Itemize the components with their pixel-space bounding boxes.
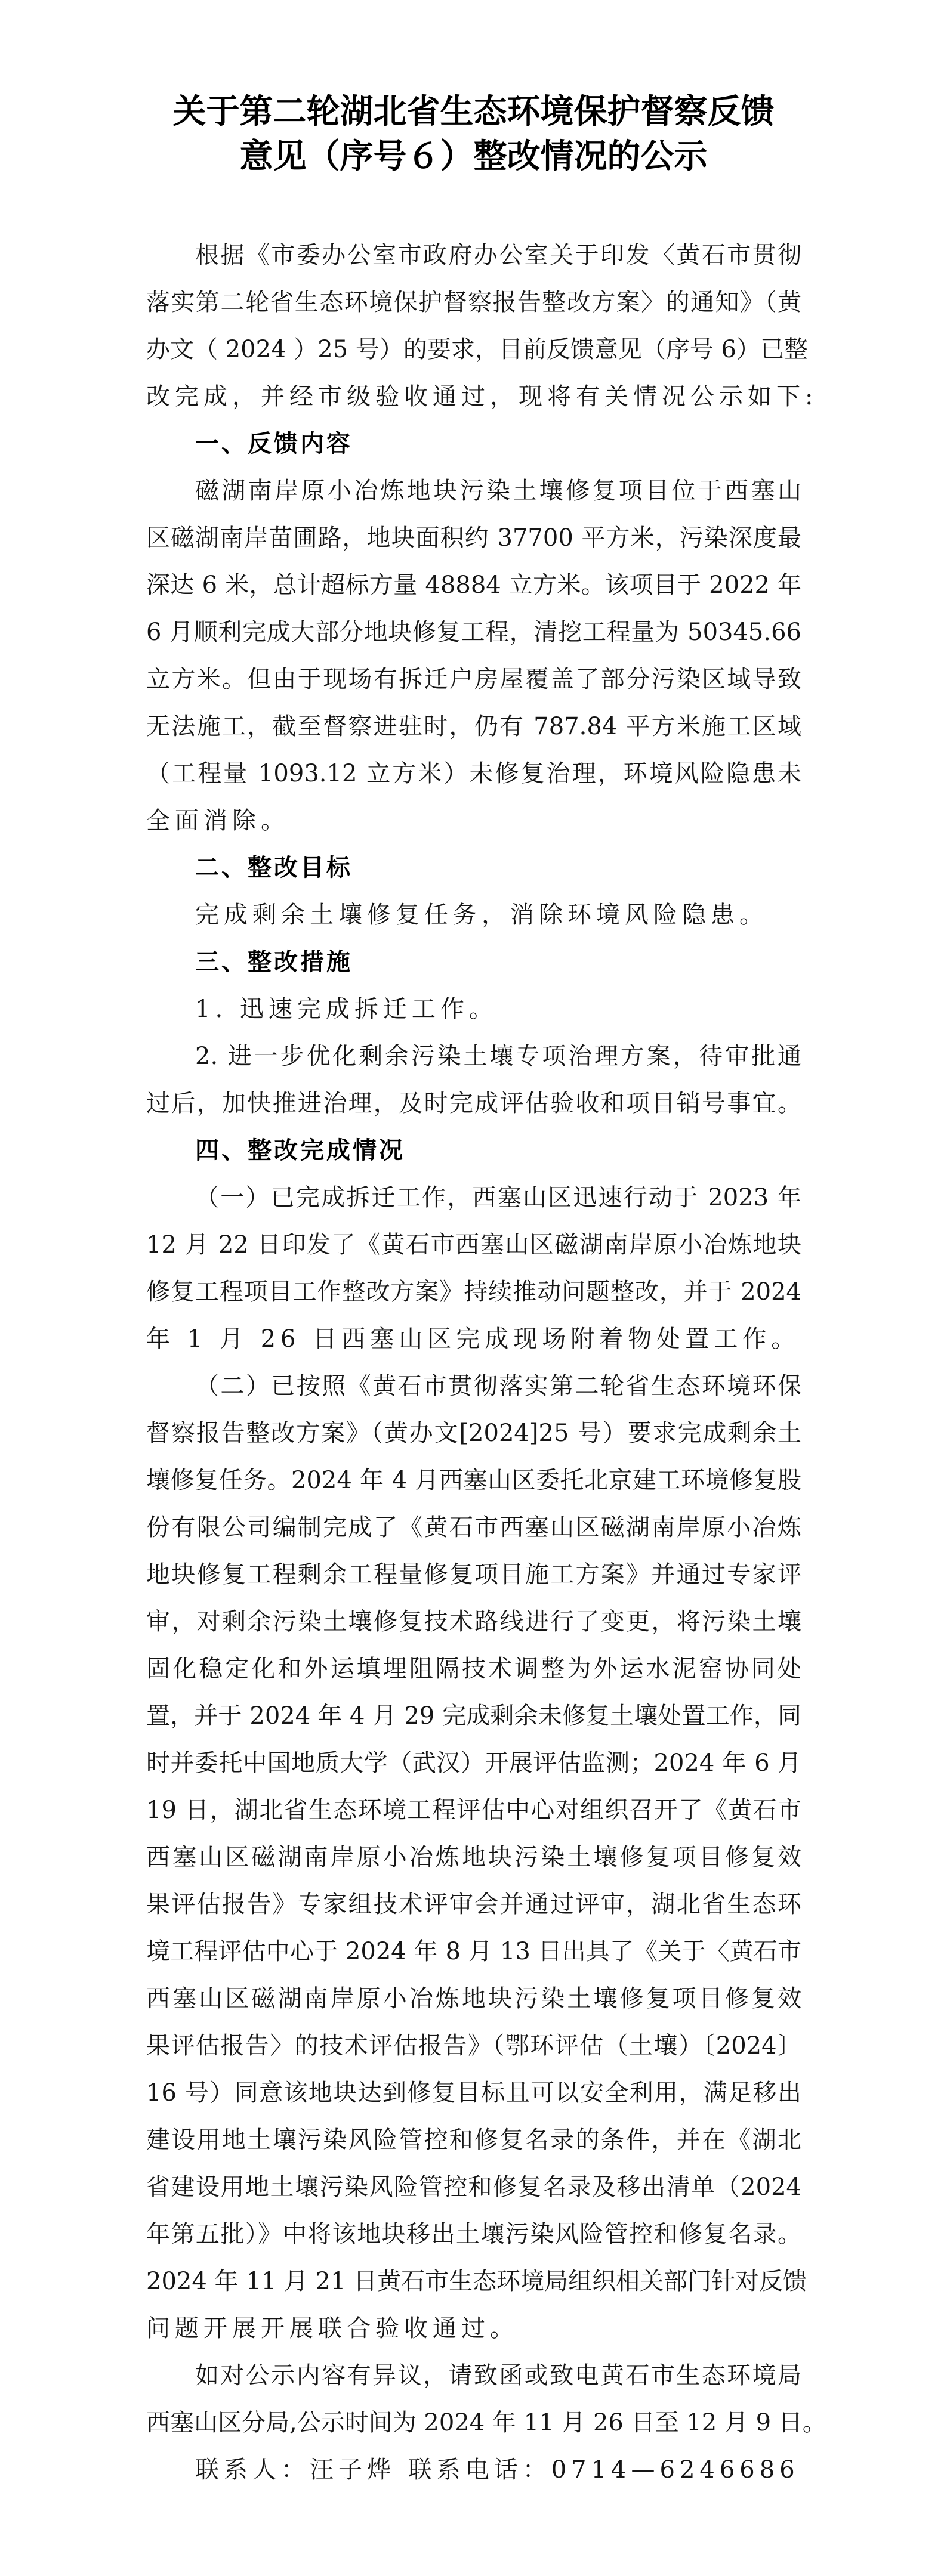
paragraph-last-line: 全面消除。 (146, 803, 801, 850)
body-text-line: 时并委托中国地质大学（武汉）开展评估监测；2024 年 6 月 (146, 1745, 801, 1792)
section-heading: 四、整改完成情况 (146, 1133, 801, 1180)
body-text-line: 境工程评估中心于 2024 年 8 月 13 日出具了《关于〈黄石市 (146, 1934, 801, 1981)
body-text-line: 立方米。但由于现场有拆迁户房屋覆盖了部分污染区域导致 (146, 661, 801, 709)
body-text-line: 份有限公司编制完成了《黄石市西塞山区磁湖南岸原小冶炼 (146, 1510, 801, 1557)
paragraph-last-line: 问题开展开展联合验收通过。 (146, 2311, 801, 2358)
paragraph-first-line: （一）已完成拆迁工作，西塞山区迅速行动于 2023 年 (146, 1180, 801, 1227)
paragraph-single-line: 1. 迅速完成拆迁工作。 (146, 991, 801, 1038)
paragraph-first-line: （二）已按照《黄石市贯彻落实第二轮省生态环境环保 (146, 1368, 801, 1415)
body-text-line: 落实第二轮省生态环境保护督察报告整改方案〉的通知》（黄 (146, 284, 801, 332)
body-text-line: 6 月顺利完成大部分地块修复工程，清挖工程量为 50345.66 (146, 614, 801, 661)
body-text-line: 修复工程项目工作整改方案》持续推动问题整改，并于 2024 (146, 1274, 801, 1321)
paragraph-first-line: 如对公示内容有异议，请致函或致电黄石市生态环境局 (146, 2358, 801, 2405)
section-heading: 一、反馈内容 (146, 426, 801, 473)
body-text-line: 果评估报告》专家组技术评审会并通过评审，湖北省生态环 (146, 1887, 801, 1934)
body-text-line: 西塞山区分局,公示时间为 2024 年 11 月 26 日至 12 月 9 日。 (146, 2405, 801, 2452)
body-text-line: （工程量 1093.12 立方米）未修复治理，环境风险隐患未 (146, 756, 801, 803)
body-text-line: 16 号）同意该地块达到修复目标且可以安全利用，满足移出 (146, 2075, 801, 2122)
body-text-line: 固化稳定化和外运填埋阻隔技术调整为外运水泥窑协同处 (146, 1651, 801, 1698)
body-text-line: 深达 6 米，总计超标方量 48884 立方米。该项目于 2022 年 (146, 567, 801, 614)
document-body: 根据《市委办公室市政府办公室关于印发〈黄石市贯彻落实第二轮省生态环境保护督察报告… (146, 237, 801, 2499)
section-heading: 三、整改措施 (146, 944, 801, 991)
paragraph-first-line: 根据《市委办公室市政府办公室关于印发〈黄石市贯彻 (146, 237, 801, 284)
body-text-line: 建设用地土壤污染风险管控和修复名录的条件，并在《湖北 (146, 2122, 801, 2169)
body-text-line: 壤修复任务。2024 年 4 月西塞山区委托北京建工环境修复股 (146, 1462, 801, 1510)
body-text-line: 19 日，湖北省生态环境工程评估中心对组织召开了《黄石市 (146, 1792, 801, 1839)
document-title-line-2: 意见（序号６）整改情况的公示 (0, 134, 947, 179)
paragraph-first-line: 磁湖南岸原小冶炼地块污染土壤修复项目位于西塞山 (146, 473, 801, 520)
body-text-line: 省建设用地土壤污染风险管控和修复名录及移出清单（2024 (146, 2169, 801, 2216)
body-text-line: 区磁湖南岸苗圃路，地块面积约 37700 平方米，污染深度最 (146, 520, 801, 567)
paragraph-first-line: 2. 进一步优化剩余污染土壤专项治理方案，待审批通 (146, 1038, 801, 1086)
body-text-line: 置，并于 2024 年 4 月 29 完成剩余未修复土壤处置工作，同 (146, 1698, 801, 1745)
body-text-line: 过后，加快推进治理，及时完成评估验收和项目销号事宜。 (146, 1086, 801, 1133)
body-text-line: 地块修复工程剩余工程量修复项目施工方案》并通过专家评 (146, 1557, 801, 1604)
body-text-line: 12 月 22 日印发了《黄石市西塞山区磁湖南岸原小冶炼地块 (146, 1227, 801, 1274)
body-text-line: 果评估报告〉的技术评估报告》（鄂环评估（土壤）〔2024〕 (146, 2028, 801, 2075)
body-text-line: 西塞山区磁湖南岸原小冶炼地块污染土壤修复项目修复效 (146, 1981, 801, 2028)
contact-info: 联系人：汪子烨 联系电话：0714—6246686 (146, 2452, 801, 2499)
body-text-line: 审，对剩余污染土壤修复技术路线进行了变更，将污染土壤 (146, 1604, 801, 1651)
body-text-line: 无法施工，截至督察进驻时，仍有 787.84 平方米施工区域 (146, 709, 801, 756)
body-text-line: 督察报告整改方案》（黄办文[2024]25 号）要求完成剩余土 (146, 1415, 801, 1462)
paragraph-last-line: 年 1 月 26 日西塞山区完成现场附着物处置工作。 (146, 1321, 801, 1368)
body-text-line: 西塞山区磁湖南岸原小冶炼地块污染土壤修复项目修复效 (146, 1839, 801, 1887)
body-text-line: 办文（ 2024 ）25 号）的要求，目前反馈意见（序号 6）已整 (146, 332, 801, 379)
paragraph-single-line: 完成剩余土壤修复任务，消除环境风险隐患。 (146, 897, 801, 944)
paragraph-last-line: 改完成，并经市级验收通过，现将有关情况公示如下: (146, 379, 801, 426)
body-text-line: 年第五批）》中将该地块移出土壤污染风险管控和修复名录。 (146, 2216, 801, 2263)
section-heading: 二、整改目标 (146, 850, 801, 897)
body-text-line: 2024 年 11 月 21 日黄石市生态环境局组织相关部门针对反馈 (146, 2263, 801, 2311)
document-title-line-1: 关于第二轮湖北省生态环境保护督察反馈 (0, 89, 947, 134)
